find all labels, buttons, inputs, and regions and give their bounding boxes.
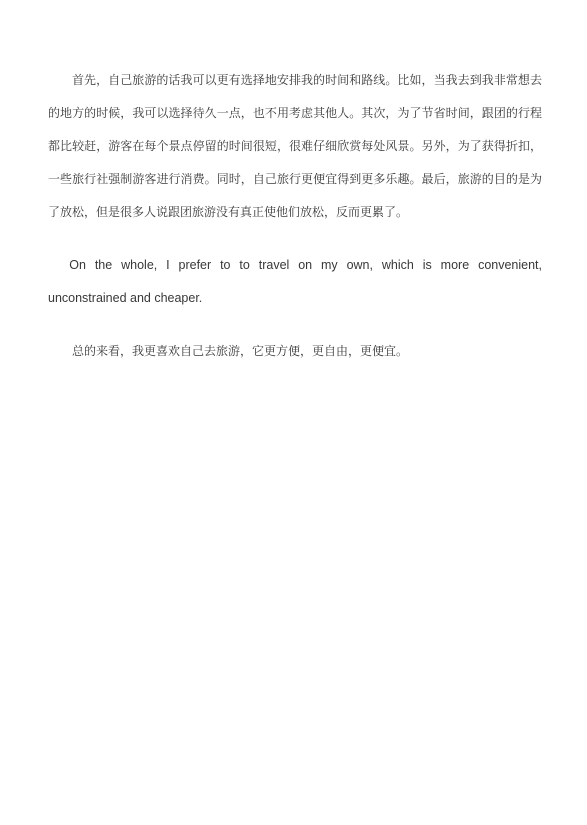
paragraph-conclusion-chinese: 总的来看，我更喜欢自己去旅游，它更方便，更自由，更便宜。 (48, 335, 542, 368)
paragraph-conclusion-english: On the whole, I prefer to to travel on m… (48, 249, 542, 315)
paragraph-body-chinese: 首先，自己旅游的话我可以更有选择地安排我的时间和路线。比如，当我去到我非常想去的… (48, 64, 542, 229)
document-page: 首先，自己旅游的话我可以更有选择地安排我的时间和路线。比如，当我去到我非常想去的… (0, 0, 587, 825)
